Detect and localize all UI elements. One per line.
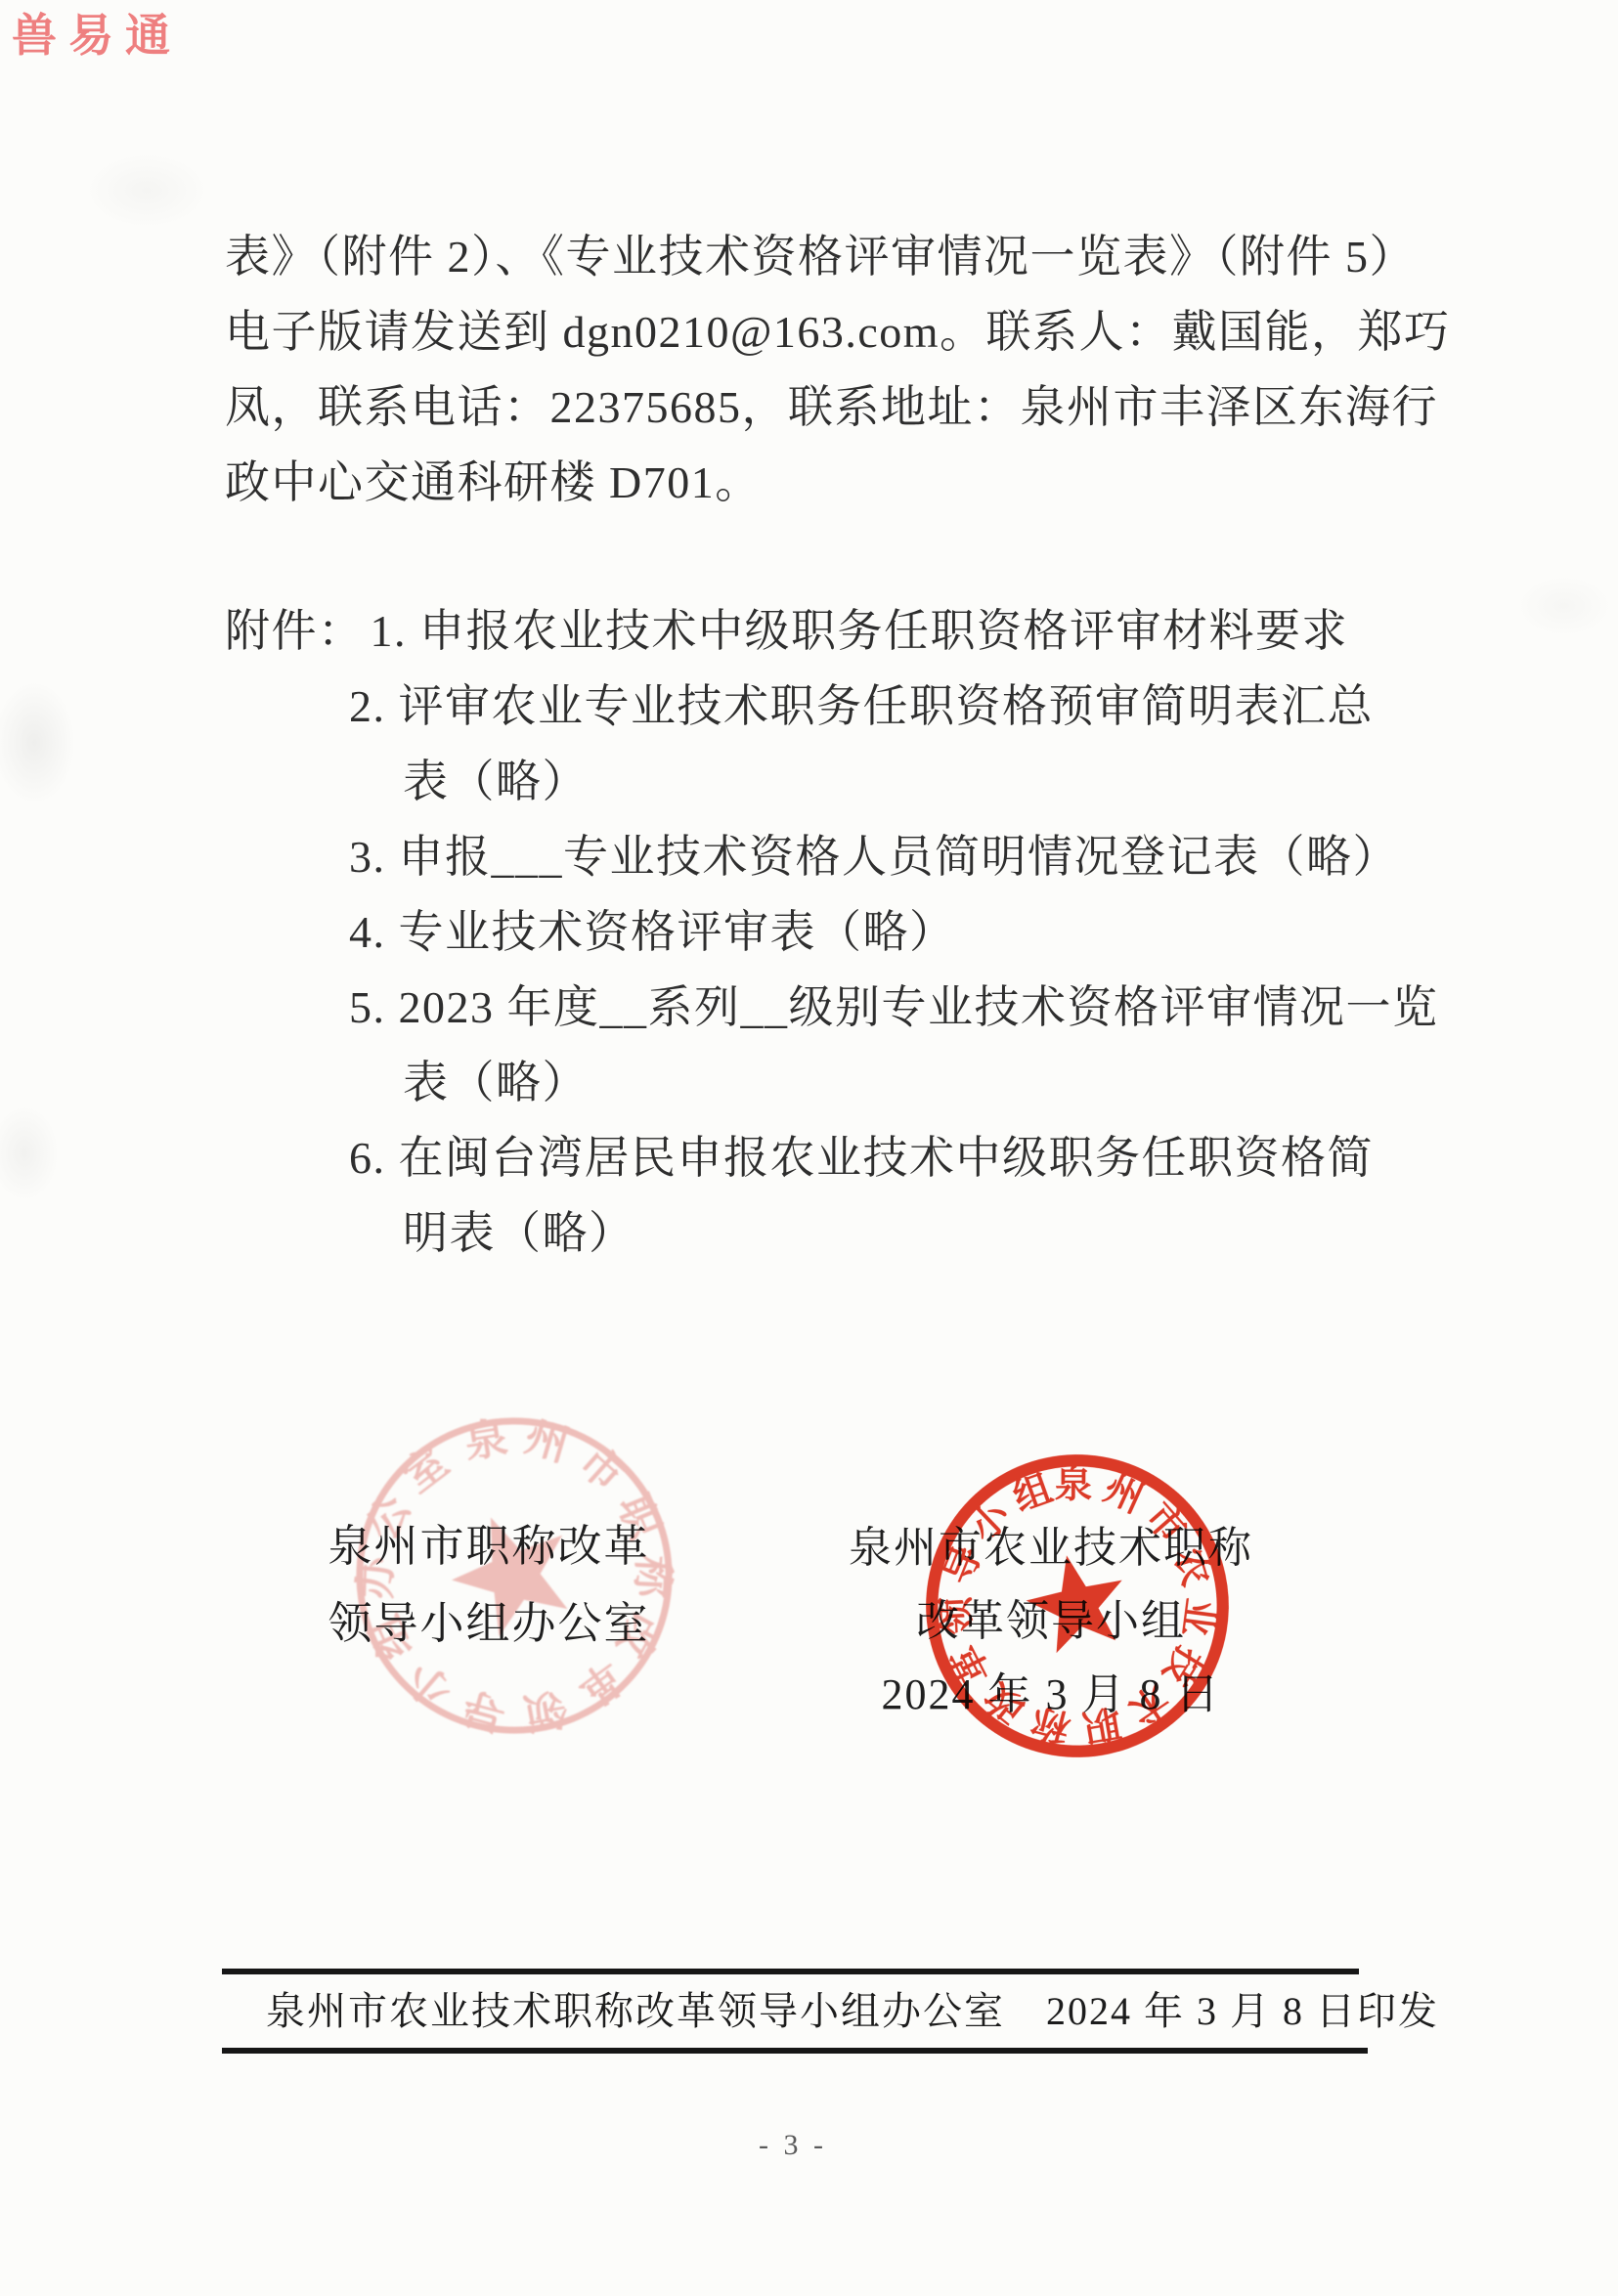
document-page: 兽易通 表》（附件 2）、《专业技术资格评审情况一览表》（附件 5） 电子版请发… bbox=[0, 0, 1618, 2296]
footer-rule-top bbox=[222, 1969, 1359, 1974]
attachment-row: 3. 申报___专业技术资格人员简明情况登记表（略） bbox=[349, 819, 1618, 894]
body-line: 政中心交通科研楼 D701。 bbox=[225, 445, 1457, 520]
attachments-section: 附件：1. 申报农业技术中级职务任职资格评审材料要求 2. 评审农业专业技术职务… bbox=[0, 593, 1618, 1271]
body-line: 凤，联系电话：22375685，联系地址：泉州市丰泽区东海行 bbox=[225, 369, 1457, 445]
star-icon bbox=[435, 1495, 589, 1646]
attachment-row-continuation: 明表（略） bbox=[403, 1195, 1618, 1271]
official-seal-right-icon: 泉州市农业技术职称改革领导小组 bbox=[892, 1420, 1263, 1792]
body-line: 表》（附件 2）、《专业技术资格评审情况一览表》（附件 5） bbox=[225, 219, 1457, 294]
body-paragraph: 表》（附件 2）、《专业技术资格评审情况一览表》（附件 5） 电子版请发送到 d… bbox=[225, 219, 1457, 520]
footer-imprint: 泉州市农业技术职称改革领导小组办公室 2024 年 3 月 8 日印发 bbox=[266, 1989, 1400, 2034]
page-number: - 3 - bbox=[739, 2129, 847, 2162]
attachment-row: 4. 专业技术资格评审表（略） bbox=[349, 894, 1618, 970]
footer-rule-bottom bbox=[222, 2048, 1368, 2054]
attachments-label: 附件： bbox=[225, 606, 365, 656]
attachment-row: 附件：1. 申报农业技术中级职务任职资格评审材料要求 bbox=[225, 593, 1618, 669]
attachment-row: 5. 2023 年度__系列__级别专业技术资格评审情况一览 bbox=[349, 970, 1618, 1045]
attachment-row-continuation: 表（略） bbox=[403, 744, 1618, 819]
watermark-logo: 兽易通 bbox=[12, 0, 182, 65]
official-seal-left-icon: 泉州市职称改革领导小组办公室 bbox=[300, 1362, 727, 1789]
body-line: 电子版请发送到 dgn0210@163.com。联系人：戴国能，郑巧 bbox=[225, 294, 1457, 369]
attachment-item: 1. 申报农业技术中级职务任职资格评审材料要求 bbox=[371, 606, 1349, 656]
attachment-row: 6. 在闽台湾居民申报农业技术中级职务任职资格简 bbox=[349, 1120, 1618, 1195]
star-icon bbox=[1019, 1545, 1134, 1657]
attachment-row: 2. 评审农业专业技术职务任职资格预审简明表汇总 bbox=[349, 669, 1618, 744]
attachment-row-continuation: 表（略） bbox=[403, 1045, 1618, 1120]
